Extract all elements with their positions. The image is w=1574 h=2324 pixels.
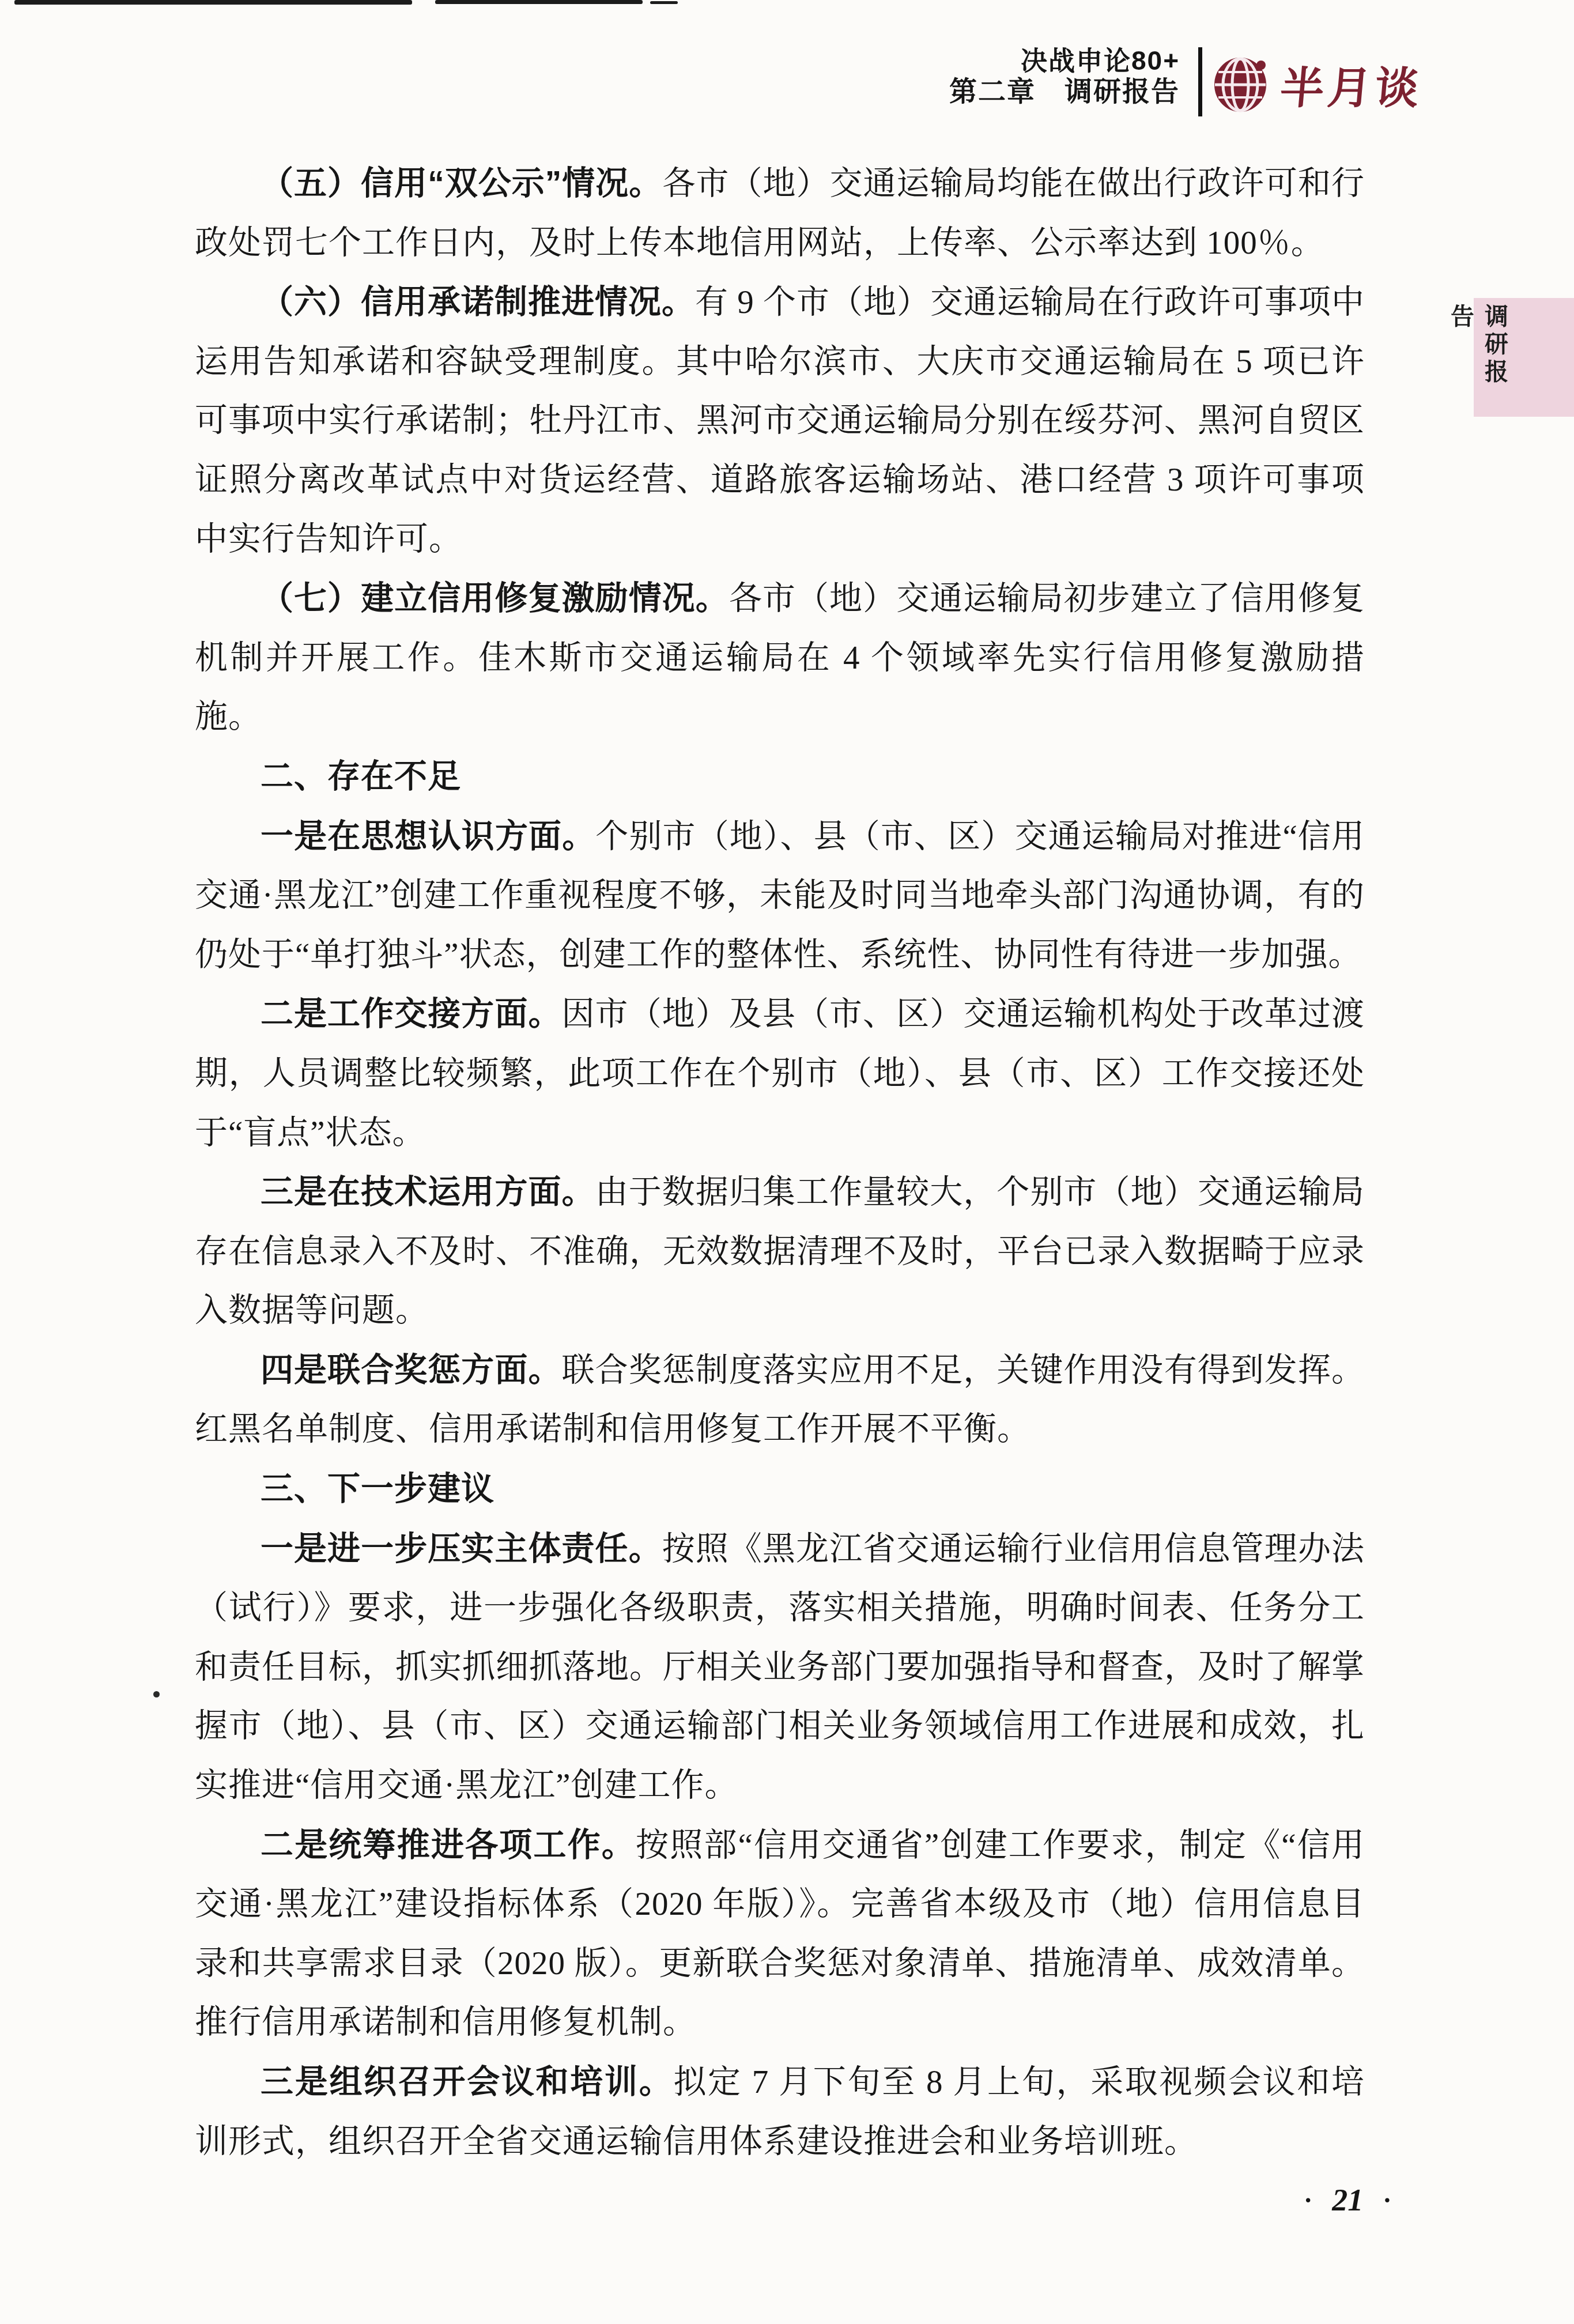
paragraph: （七）建立信用修复激励情况。各市（地）交通运输局初步建立了信用修复机制并开展工作… (195, 569, 1365, 747)
paragraph-text: 按照《黑龙江省交通运输行业信用信息管理办法（试行）》要求，进一步强化各级职责，落… (195, 1531, 1365, 1804)
document-body: （五）信用“双公示”情况。各市（地）交通运输局均能在做出行政许可和行政处罚七个工… (195, 154, 1365, 2171)
globe-icon (1213, 57, 1271, 112)
paragraph-lead: 一是在思想认识方面。 (261, 818, 595, 855)
paragraph-lead: （七）建立信用修复激励情况。 (261, 580, 729, 617)
paragraph: 三是组织召开会议和培训。拟定 7 月下旬至 8 月上旬，采取视频会议和培训形式，… (195, 2053, 1365, 2171)
section-heading-text: 三、下一步建议 (261, 1470, 495, 1507)
paragraph-lead: （五）信用“双公示”情况。 (261, 165, 662, 202)
brand-logo: 半月谈 (1213, 53, 1422, 116)
scan-speck-artifact (153, 1691, 160, 1697)
scan-edge-artifact (14, 0, 412, 5)
page-number-value: 21 (1332, 2182, 1363, 2218)
paragraph: 二是工作交接方面。因市（地）及县（市、区）交通运输机构处于改革过渡期，人员调整比… (195, 984, 1365, 1163)
paragraph: 一是在思想认识方面。个别市（地）、县（市、区）交通运输局对推进“信用交通·黑龙江… (195, 807, 1365, 985)
paragraph: 四是联合奖惩方面。联合奖惩制度落实应用不足，关键作用没有得到发挥。红黑名单制度、… (195, 1341, 1365, 1459)
paragraph-text: 有 9 个市（地）交通运输局在行政许可事项中运用告知承诺和容缺受理制度。其中哈尔… (195, 284, 1365, 557)
paragraph-lead: 三是在技术运用方面。 (261, 1174, 595, 1210)
section-heading-text: 二、存在不足 (261, 758, 461, 795)
scan-edge-artifact (650, 1, 678, 4)
paragraph-lead: 一是进一步压实主体责任。 (261, 1530, 662, 1567)
paragraph-lead: 二是统筹推进各项工作。 (261, 1827, 636, 1863)
paragraph: 三是在技术运用方面。由于数据归集工作量较大，个别市（地）交通运输局存在信息录入不… (195, 1163, 1365, 1341)
book-title: 决战申论80+ (949, 45, 1180, 76)
paragraph-lead: 二是工作交接方面。 (261, 995, 562, 1032)
paragraph-lead: （六）信用承诺制推进情况。 (261, 284, 695, 320)
page-number: · 21 · (1304, 2182, 1392, 2218)
paragraph-lead: 四是联合奖惩方面。 (261, 1352, 562, 1389)
paragraph: （五）信用“双公示”情况。各市（地）交通运输局均能在做出行政许可和行政处罚七个工… (195, 154, 1365, 273)
paragraph: 二是统筹推进各项工作。按照部“信用交通省”创建工作要求，制定《“信用交通·黑龙江… (195, 1816, 1365, 2053)
paragraph: （六）信用承诺制推进情况。有 9 个市（地）交通运输局在行政许可事项中运用告知承… (195, 273, 1365, 569)
page-header: 决战申论80+ 第二章 调研报告 (949, 45, 1180, 109)
section-heading: 二、存在不足 (195, 747, 1365, 807)
scanned-document-page: 决战申论80+ 第二章 调研报告 半月谈 调研报告 （五）信用“双公示”情况。各… (0, 0, 1574, 2324)
chapter-title: 第二章 调研报告 (949, 76, 1180, 109)
page-number-left-dot: · (1304, 2185, 1312, 2216)
brand-name: 半月谈 (1278, 53, 1425, 116)
page-number-right-dot: · (1383, 2185, 1391, 2216)
chapter-side-tab-label: 调研报告 (1482, 304, 1512, 411)
paragraph: 一是进一步压实主体责任。按照《黑龙江省交通运输行业信用信息管理办法（试行）》要求… (195, 1519, 1365, 1816)
scan-edge-artifact (435, 0, 643, 4)
chapter-side-tab: 调研报告 (1474, 298, 1574, 417)
section-heading: 三、下一步建议 (195, 1459, 1365, 1519)
paragraph-lead: 三是组织召开会议和培训。 (261, 2063, 673, 2100)
header-divider (1198, 47, 1202, 116)
